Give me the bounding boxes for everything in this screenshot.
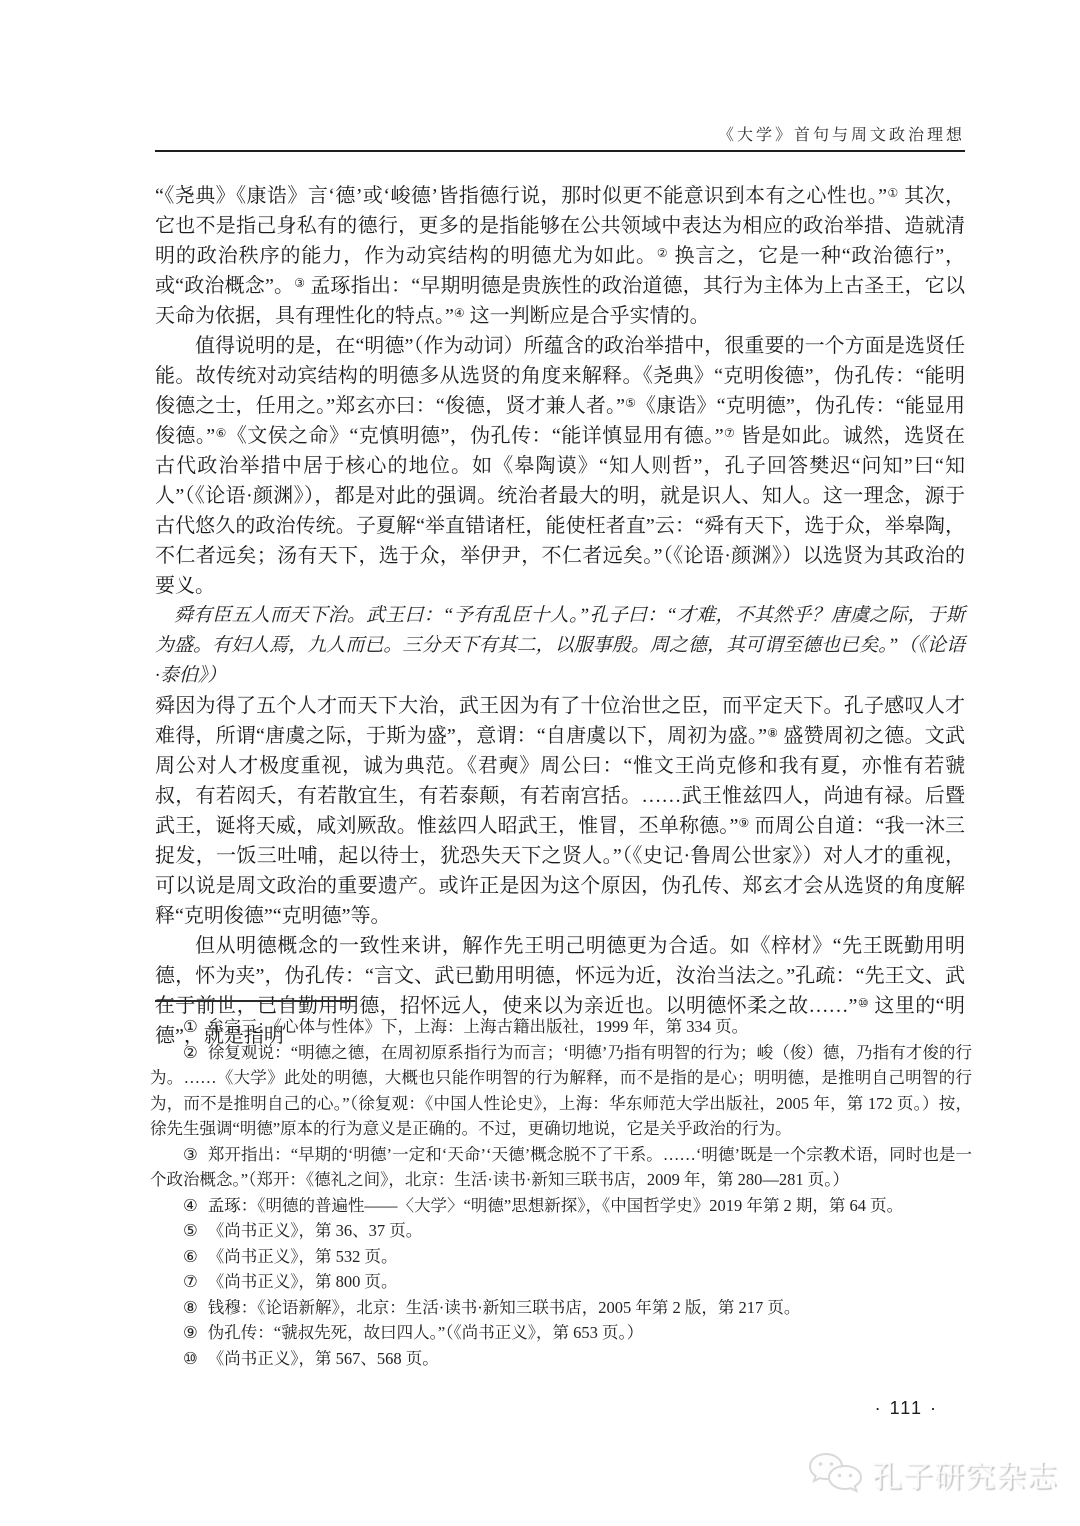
footnote-ref: ④ <box>454 306 465 320</box>
footnote-item: ④孟琢：《明德的普遍性——〈大学〉“明德”思想新探》，《中国哲学史》2019 年… <box>150 1193 972 1219</box>
footnote-marker: ⑥ <box>183 1247 198 1266</box>
body-paragraph: 值得说明的是，在“明德”（作为动词）所蕴含的政治举措中，很重要的一个方面是选贤任… <box>155 331 965 601</box>
journal-page: 《大学》首句与周文政治理想 “《尧典》《康诰》言‘德’或‘峻德’皆指德行说，那时… <box>0 0 1080 1526</box>
footnote-ref: ⑨ <box>738 816 749 830</box>
footnotes-section: ①牟宗三：《心体与性体》下，上海：上海古籍出版社，1999 年，第 334 页。… <box>150 1000 972 1371</box>
footnote-ref: ⑤ <box>625 396 636 410</box>
footnote-ref: ⑦ <box>724 426 736 440</box>
header-rule <box>155 150 965 152</box>
footnote-item: ①牟宗三：《心体与性体》下，上海：上海古籍出版社，1999 年，第 334 页。 <box>150 1014 972 1040</box>
footnote-marker: ⑤ <box>183 1221 198 1240</box>
body-paragraph: “《尧典》《康诰》言‘德’或‘峻德’皆指德行说，那时似更不能意识到本有之心性也。… <box>155 181 965 331</box>
footnote-item: ⑤《尚书正义》，第 36、37 页。 <box>150 1218 972 1244</box>
running-head: 《大学》首句与周文政治理想 <box>718 122 965 145</box>
page-number: · 111 · <box>875 1398 938 1419</box>
footnote-ref: ③ <box>294 276 305 290</box>
footnote-marker: ⑩ <box>183 1349 198 1368</box>
footnote-marker: ⑨ <box>183 1323 198 1342</box>
footnote-ref: ② <box>657 246 669 260</box>
footnote-item: ⑥《尚书正义》，第 532 页。 <box>150 1244 972 1270</box>
footnotes-list: ①牟宗三：《心体与性体》下，上海：上海古籍出版社，1999 年，第 334 页。… <box>150 1014 972 1371</box>
footnote-marker: ④ <box>183 1196 198 1215</box>
footnote-marker: ③ <box>183 1145 198 1164</box>
footnote-item: ③郑开指出：“早期的‘明德’一定和‘天命’‘天德’概念脱不了干系。……‘明德’既… <box>150 1142 972 1193</box>
watermark: 孔子研究杂志 <box>806 1450 1058 1498</box>
article-body: “《尧典》《康诰》言‘德’或‘峻德’皆指德行说，那时似更不能意识到本有之心性也。… <box>155 181 965 1051</box>
footnote-ref: ⑧ <box>767 726 778 740</box>
footnote-item: ⑧钱穆：《论语新解》，北京：生活·读书·新知三联书店，2005 年第 2 版，第… <box>150 1295 972 1321</box>
footnote-item: ⑨伪孔传：“虢叔先死，故曰四人。”（《尚书正义》，第 653 页。） <box>150 1320 972 1346</box>
footnote-item: ⑩《尚书正义》，第 567、568 页。 <box>150 1346 972 1372</box>
block-quote: 舜有臣五人而天下治。武王曰：“予有乱臣十人。”孔子曰：“才难，不其然乎？唐虞之际… <box>155 601 965 691</box>
footnote-ref: ⑥ <box>215 426 227 440</box>
footnote-marker: ② <box>183 1043 198 1062</box>
footnote-marker: ⑦ <box>183 1272 198 1291</box>
body-paragraph: 舜因为得了五个人才而天下大治，武王因为有了十位治世之臣，而平定天下。孔子感叹人才… <box>155 691 965 931</box>
footnote-ref: ① <box>887 186 899 200</box>
wechat-logo-icon <box>806 1450 864 1498</box>
watermark-text: 孔子研究杂志 <box>872 1452 1058 1496</box>
footnote-separator <box>155 1000 355 1002</box>
footnote-marker: ⑧ <box>183 1298 198 1317</box>
footnote-marker: ① <box>183 1017 198 1036</box>
footnote-item: ②徐复观说：“明德之德，在周初原系指行为而言；‘明德’乃指有明智的行为；峻（俊）… <box>150 1040 972 1142</box>
footnote-item: ⑦《尚书正义》，第 800 页。 <box>150 1269 972 1295</box>
